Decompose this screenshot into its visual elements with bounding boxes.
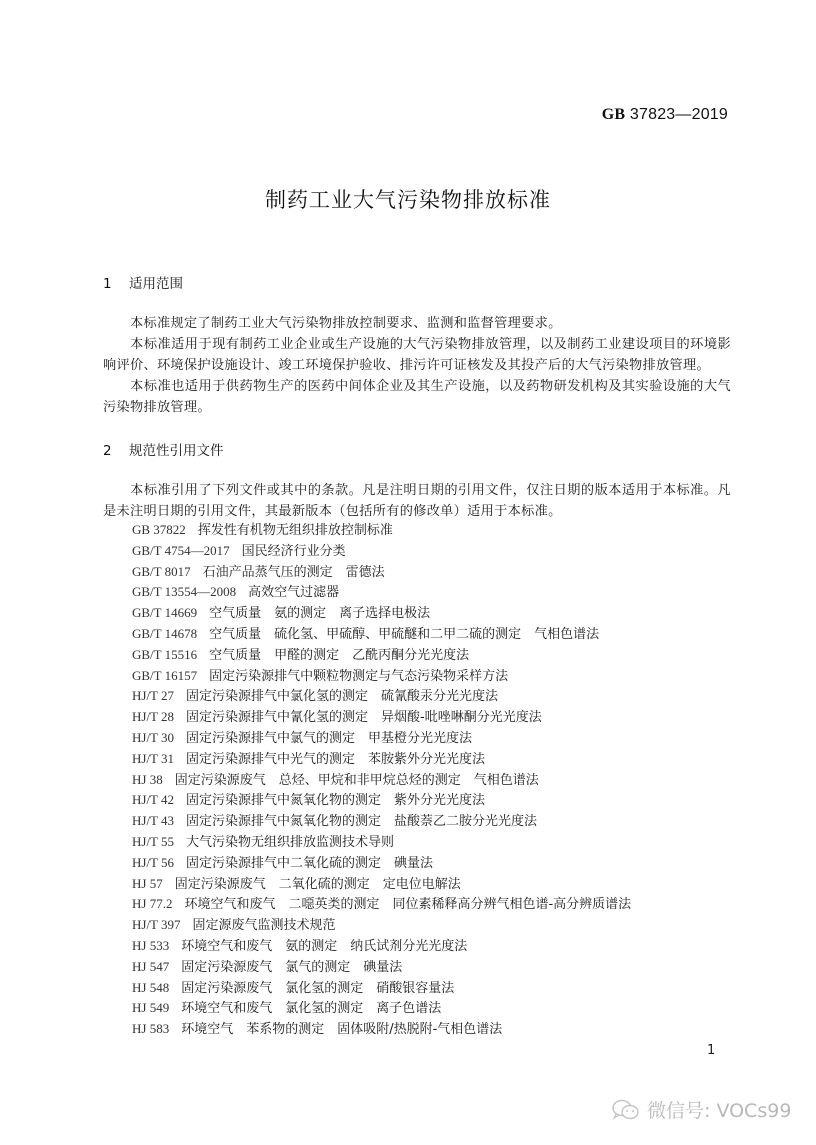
- section-heading-1: 1适用范围: [103, 272, 183, 292]
- reference-item: HJ/T 31固定污染源排气中光气的测定 苯胺紫外分光光度法: [132, 749, 732, 770]
- reference-item: HJ/T 30固定污染源排气中氯气的测定 甲基橙分光光度法: [132, 728, 732, 749]
- page-number: 1: [707, 1043, 715, 1058]
- standard-code: GB 37823—2019: [602, 106, 728, 124]
- section-title: 规范性引用文件: [129, 443, 224, 459]
- paragraph: 本标准适用于现有制药工业企业或生产设施的大气污染物排放管理，以及制药工业建设项目…: [103, 334, 731, 376]
- watermark-text: 微信号: VOCs99: [647, 1096, 791, 1123]
- watermark: 微信号: VOCs99: [611, 1096, 791, 1123]
- section-number: 2: [103, 443, 129, 459]
- reference-item: HJ 548固定污染源废气 氯化氢的测定 硝酸银容量法: [132, 978, 732, 999]
- reference-item: GB/T 8017石油产品蒸气压的测定 雷德法: [132, 562, 732, 583]
- reference-item: HJ/T 56固定污染源排气中二氧化硫的测定 碘量法: [132, 853, 732, 874]
- section-heading-2: 2规范性引用文件: [103, 439, 224, 459]
- document-page: GB 37823—2019 制药工业大气污染物排放标准 1适用范围 本标准规定了…: [0, 0, 816, 1145]
- reference-item: HJ 38固定污染源废气 总烃、甲烷和非甲烷总烃的测定 气相色谱法: [132, 770, 732, 791]
- reference-item: HJ/T 28固定污染源排气中氰化氢的测定 异烟酸-吡唑啉酮分光光度法: [132, 707, 732, 728]
- reference-item: GB/T 16157固定污染源排气中颗粒物测定与气态污染物采样方法: [132, 666, 732, 687]
- reference-item: HJ/T 55大气污染物无组织排放监测技术导则: [132, 832, 732, 853]
- reference-item: GB/T 13554—2008高效空气过滤器: [132, 582, 732, 603]
- reference-item: HJ/T 43固定污染源排气中氮氧化物的测定 盐酸萘乙二胺分光光度法: [132, 811, 732, 832]
- reference-item: GB/T 14678空气质量 硫化氢、甲硫醇、甲硫醚和二甲二硫的测定 气相色谱法: [132, 624, 732, 645]
- paragraph: 本标准引用了下列文件或其中的条款。凡是注明日期的引用文件，仅注日期的版本适用于本…: [103, 480, 731, 522]
- reference-item: GB 37822挥发性有机物无组织排放控制标准: [132, 520, 732, 541]
- standard-code-number: 37823—2019: [630, 106, 728, 123]
- standard-code-prefix: GB: [602, 106, 626, 123]
- paragraph: 本标准也适用于供药物生产的医药中间体企业及其生产设施，以及药物研发机构及其实验设…: [103, 376, 731, 418]
- reference-list: GB 37822挥发性有机物无组织排放控制标准 GB/T 4754—2017国民…: [132, 520, 732, 1040]
- paragraph: 本标准规定了制药工业大气污染物排放控制要求、监测和监督管理要求。: [103, 313, 731, 334]
- reference-item: GB/T 15516空气质量 甲醛的测定 乙酰丙酮分光光度法: [132, 645, 732, 666]
- section-title: 适用范围: [129, 276, 183, 292]
- reference-item: HJ/T 397固定源废气监测技术规范: [132, 915, 732, 936]
- reference-item: HJ 533环境空气和废气 氨的测定 纳氏试剂分光光度法: [132, 936, 732, 957]
- reference-item: HJ 57固定污染源废气 二氧化硫的测定 定电位电解法: [132, 874, 732, 895]
- reference-item: HJ/T 27固定污染源排气中氯化氢的测定 硫氰酸汞分光光度法: [132, 686, 732, 707]
- reference-item: HJ 549环境空气和废气 氯化氢的测定 离子色谱法: [132, 998, 732, 1019]
- reference-item: HJ 547固定污染源废气 氯气的测定 碘量法: [132, 957, 732, 978]
- reference-item: HJ/T 42固定污染源排气中氮氧化物的测定 紫外分光光度法: [132, 790, 732, 811]
- reference-item: HJ 583环境空气 苯系物的测定 固体吸附/热脱附-气相色谱法: [132, 1019, 732, 1040]
- wechat-icon: [611, 1098, 641, 1122]
- document-title: 制药工业大气污染物排放标准: [0, 184, 816, 214]
- reference-item: HJ 77.2环境空气和废气 二噁英类的测定 同位素稀释高分辨气相色谱-高分辨质…: [132, 894, 732, 915]
- reference-item: GB/T 4754—2017国民经济行业分类: [132, 541, 732, 562]
- section-number: 1: [103, 276, 129, 292]
- reference-item: GB/T 14669空气质量 氨的测定 离子选择电极法: [132, 603, 732, 624]
